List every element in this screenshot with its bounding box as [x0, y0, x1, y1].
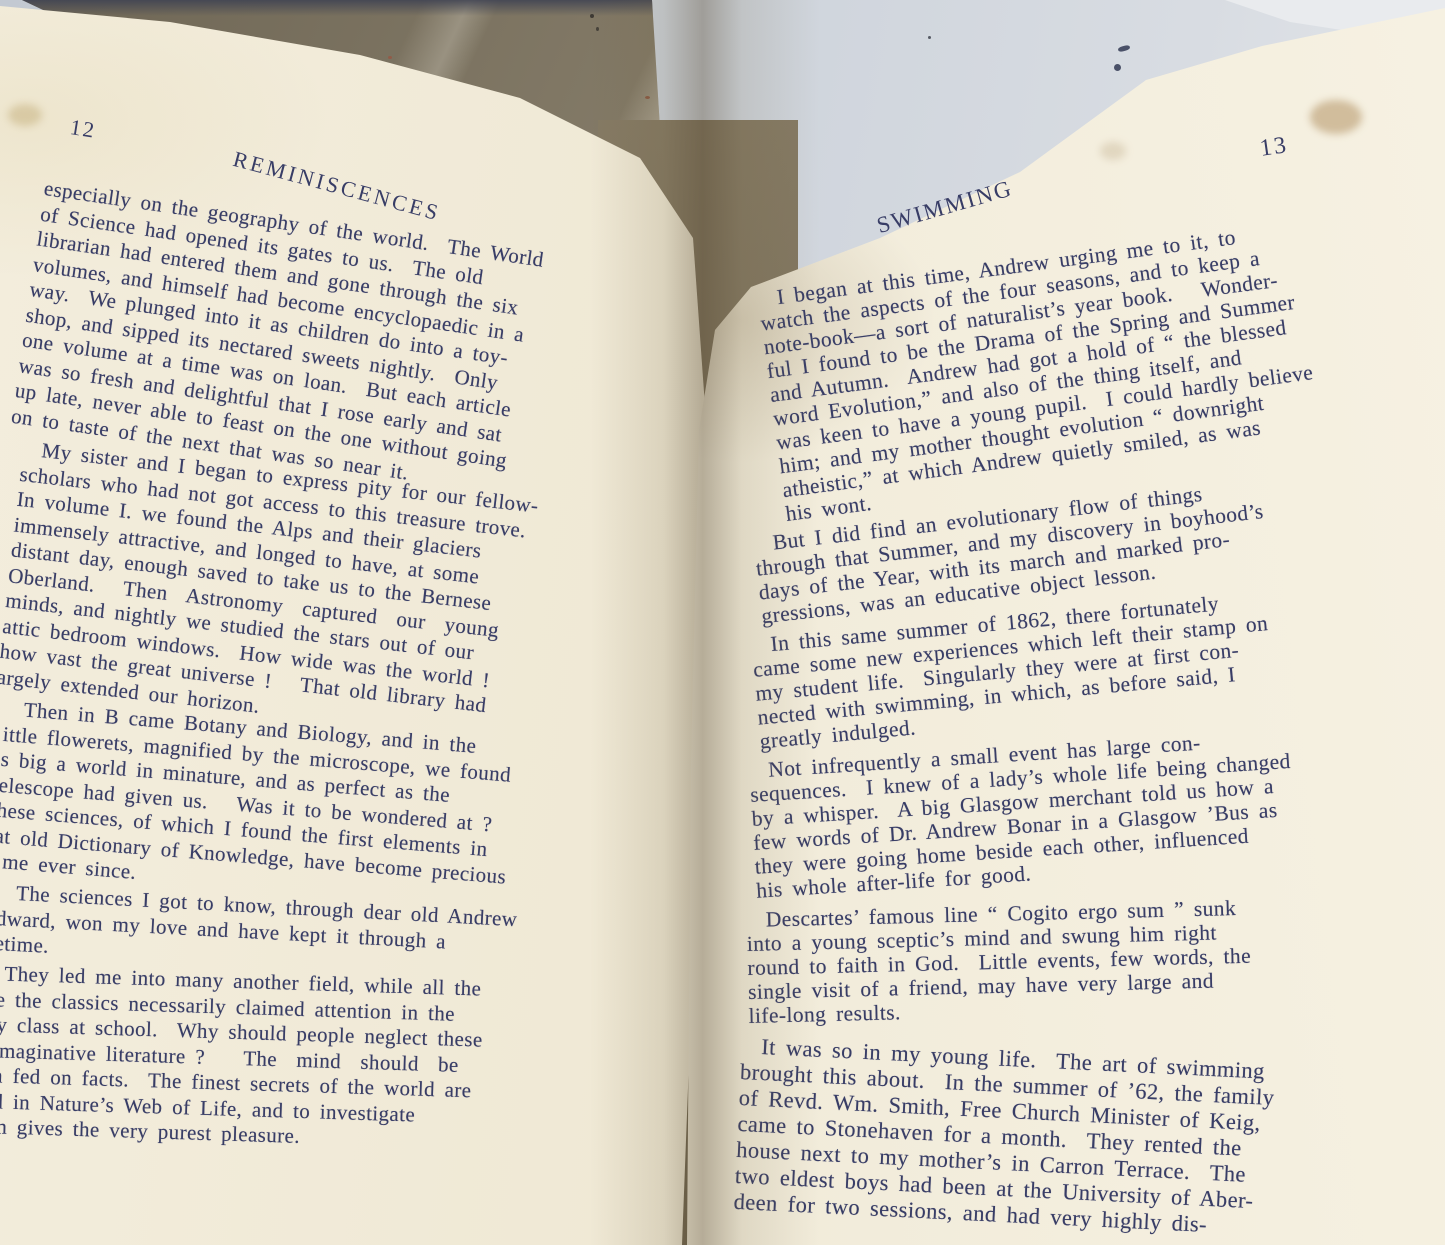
left-page-text: especially on the geography of the world… [0, 176, 704, 1145]
foxing-stain [8, 104, 42, 126]
paragraph: They led me into many another field, whi… [0, 961, 704, 1162]
foxing-stain [1310, 100, 1362, 134]
paragraph: Descartes’ famous line “ Cogito ergo sum… [746, 891, 1435, 1028]
dust-speck [388, 56, 392, 59]
dust-speck [596, 27, 599, 31]
left-page-number: 12 [68, 114, 98, 144]
ink-mark [1114, 64, 1121, 71]
dust-speck [928, 36, 931, 39]
foxing-stain [1100, 142, 1126, 160]
paragraph: It was so in my young life. The art of s… [733, 1033, 1431, 1245]
dust-speck [645, 96, 650, 99]
right-page-number: 13 [1258, 132, 1289, 163]
dust-speck [590, 14, 594, 18]
book-photo: 12 REMINISCENCES 13 SWIMMING especially … [0, 0, 1445, 1245]
right-page-text: I began at this time, Andrew urging me t… [742, 288, 1432, 1220]
